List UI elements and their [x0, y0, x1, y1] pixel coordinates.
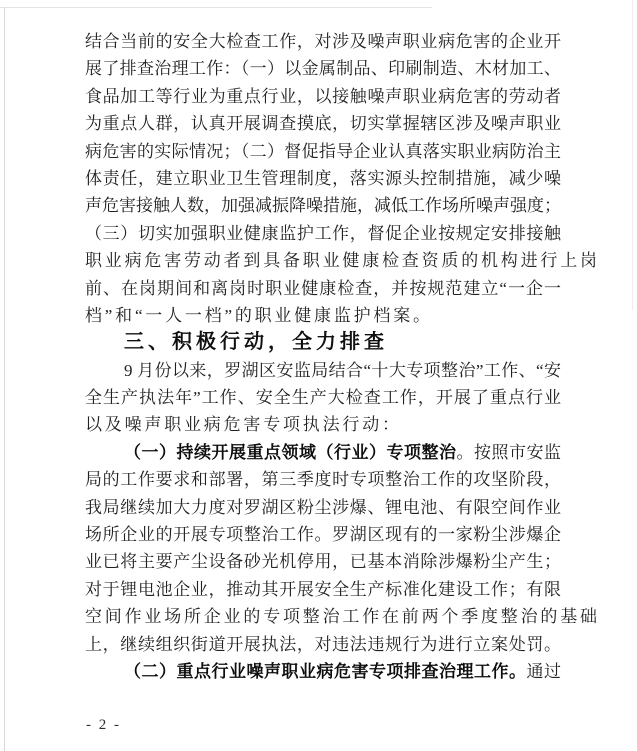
- text-line: 业已将主要产尘设备砂光机停用，已基本消除涉爆粉尘产生；: [85, 548, 561, 575]
- text-run: 业已将主要产尘设备砂光机停用，已基本消除涉爆粉尘产生；: [85, 552, 561, 571]
- bold-text-run: （一）持续开展重点领域（行业）专项整治: [124, 443, 457, 462]
- text-run: 全生产执法年”工作、安全生产大检查工作，开展了重点行业: [85, 388, 561, 407]
- text-run: 对于锂电池企业，推动其开展安全生产标准化建设工作；有限: [85, 580, 561, 599]
- text-line: 以及噪声职业病危害专项执法行动：: [85, 411, 561, 438]
- text-run: 空间作业场所企业的专项整治工作在前两个季度整治的基础: [85, 607, 600, 626]
- document-page: 结合当前的安全大检查工作，对涉及噪声职业病危害的企业开展了排查治理工作：（一）以…: [0, 0, 637, 751]
- bold-text-run: （二）重点行业噪声职业病危害专项排查治理工作。: [124, 662, 527, 681]
- text-line: 局的工作要求和部署，第三季度时专项整治工作的攻坚阶段，: [85, 466, 561, 493]
- text-run: 以及噪声职业病危害专项执法行动：: [85, 415, 402, 434]
- section-heading: 三、积极行动，全力排查: [85, 329, 561, 356]
- text-run: 三、积极行动，全力排查: [124, 331, 388, 353]
- text-line: 食品加工等行业为重点行业，以接触噪声职业病危害的劳动者: [85, 83, 561, 110]
- text-run: 前、在岗期间和离岗时职业健康检查，并按规范建立“一企一: [85, 279, 561, 298]
- text-line: 上，继续组织街道开展执法，对违法违规行为进行立案处罚。: [85, 631, 561, 658]
- text-run: 展了排查治理工作：（一）以金属制品、印刷制造、木材加工、: [85, 59, 561, 78]
- page-edge-right-line: [632, 0, 633, 310]
- text-line: 为重点人群，认真开展调查摸底，切实掌握辖区涉及噪声职业: [85, 110, 561, 137]
- text-line: 空间作业场所企业的专项整治工作在前两个季度整治的基础: [85, 603, 561, 630]
- text-run: 体责任，建立职业卫生管理制度，落实源头控制措施，减少噪: [85, 169, 561, 188]
- text-run: 局的工作要求和部署，第三季度时专项整治工作的攻坚阶段，: [85, 470, 561, 489]
- text-run: 食品加工等行业为重点行业，以接触噪声职业病危害的劳动者: [85, 87, 561, 106]
- text-line: 展了排查治理工作：（一）以金属制品、印刷制造、木材加工、: [85, 55, 561, 82]
- text-run: 档”和“一人一档”的职业健康监护档案。: [85, 306, 433, 325]
- text-run: （三）切实加强职业健康监护工作，督促企业按规定安排接触: [85, 224, 561, 243]
- page-edge-left-line: [4, 7, 5, 751]
- text-line: 场所企业的开展专项整治工作。罗湖区现有的一家粉尘涉爆企: [85, 521, 561, 548]
- page-number: - 2 -: [86, 717, 121, 734]
- text-line: 病危害的实际情况；（二）督促指导企业认真落实职业病防治主: [85, 138, 561, 165]
- text-run: 结合当前的安全大检查工作，对涉及噪声职业病危害的企业开: [85, 32, 561, 51]
- text-run: 职业病危害劳动者到具备职业健康检查资质的机构进行上岗: [85, 251, 600, 270]
- text-line: 体责任，建立职业卫生管理制度，落实源头控制措施，减少噪: [85, 165, 561, 192]
- page-edge-top-line: [0, 7, 432, 8]
- text-line: （三）切实加强职业健康监护工作，督促企业按规定安排接触: [85, 220, 561, 247]
- text-line: 对于锂电池企业，推动其开展安全生产标准化建设工作；有限: [85, 576, 561, 603]
- text-line: 前、在岗期间和离岗时职业健康检查，并按规范建立“一企一: [85, 275, 561, 302]
- text-line: 结合当前的安全大检查工作，对涉及噪声职业病危害的企业开: [85, 28, 561, 55]
- text-line: 职业病危害劳动者到具备职业健康检查资质的机构进行上岗: [85, 247, 561, 274]
- text-run: 病危害的实际情况；（二）督促指导企业认真落实职业病防治主: [85, 142, 561, 161]
- text-line: 声危害接触人数，加强减振降噪措施，减低工作场所噪声强度；: [85, 192, 561, 219]
- text-line: （二）重点行业噪声职业病危害专项排查治理工作。通过: [85, 658, 561, 685]
- text-run: 通过: [527, 662, 562, 681]
- text-run: 我局继续加大力度对罗湖区粉尘涉爆、锂电池、有限空间作业: [85, 498, 561, 517]
- text-run: 9 月份以来，罗湖区安监局结合“十大专项整治”工作、“安: [124, 361, 561, 380]
- text-line: 全生产执法年”工作、安全生产大检查工作，开展了重点行业: [85, 384, 561, 411]
- text-line: 我局继续加大力度对罗湖区粉尘涉爆、锂电池、有限空间作业: [85, 494, 561, 521]
- document-body: 结合当前的安全大检查工作，对涉及噪声职业病危害的企业开展了排查治理工作：（一）以…: [85, 28, 561, 685]
- text-run: 上，继续组织街道开展执法，对违法违规行为进行立案处罚。: [85, 635, 561, 654]
- text-run: 。按照市安监: [457, 443, 562, 462]
- text-line: （一）持续开展重点领域（行业）专项整治。按照市安监: [85, 439, 561, 466]
- text-line: 档”和“一人一档”的职业健康监护档案。: [85, 302, 561, 329]
- text-run: 声危害接触人数，加强减振降噪措施，减低工作场所噪声强度；: [85, 196, 561, 215]
- text-run: 场所企业的开展专项整治工作。罗湖区现有的一家粉尘涉爆企: [85, 525, 561, 544]
- text-run: 为重点人群，认真开展调查摸底，切实掌握辖区涉及噪声职业: [85, 114, 561, 133]
- text-line: 9 月份以来，罗湖区安监局结合“十大专项整治”工作、“安: [85, 357, 561, 384]
